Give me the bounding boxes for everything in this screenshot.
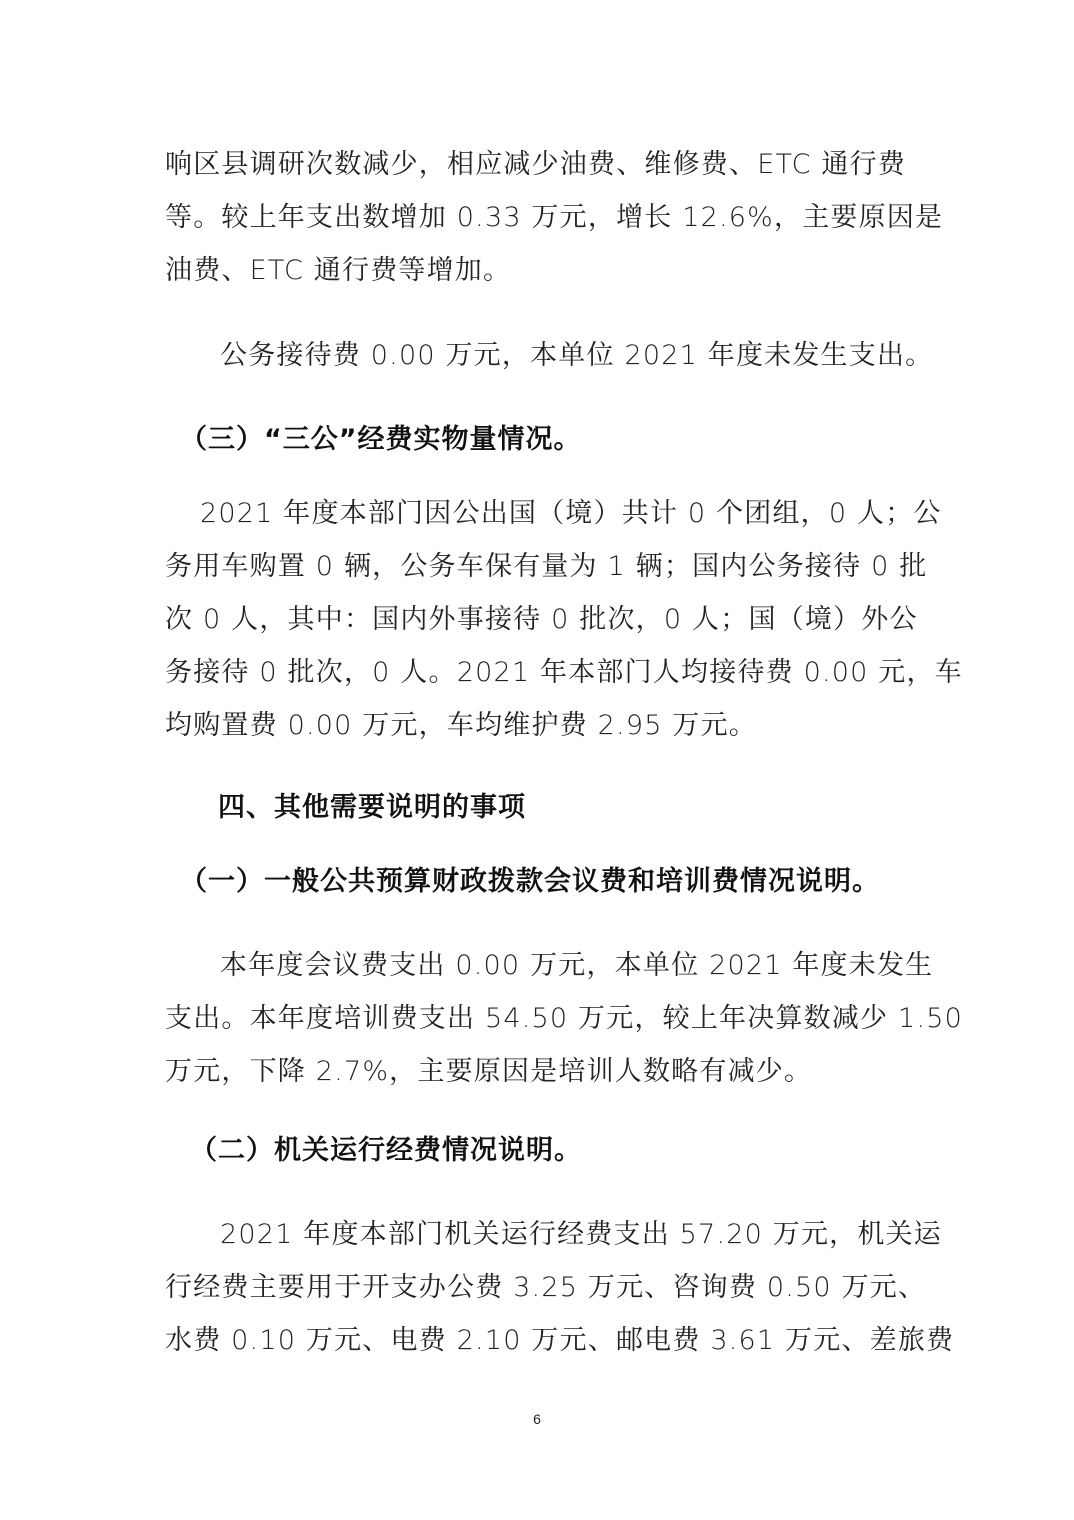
- text-line: 务接待 0 批次，0 人。2021 年本部门人均接待费 0.00 元，车: [165, 655, 925, 691]
- text-line: 2021 年度本部门因公出国（境）共计 0 个团组，0 人；公: [200, 496, 960, 532]
- text-line: 务用车购置 0 辆，公务车保有量为 1 辆；国内公务接待 0 批: [165, 549, 925, 585]
- subsection-heading: （一）一般公共预算财政拨款会议费和培训费情况说明。: [180, 864, 940, 900]
- section-heading: 四、其他需要说明的事项: [218, 790, 978, 826]
- section-heading: （三）“三公”经费实物量情况。: [180, 422, 940, 458]
- text-line: 水费 0.10 万元、电费 2.10 万元、邮电费 3.61 万元、差旅费: [165, 1323, 925, 1359]
- text-line: 万元，下降 2.7%，主要原因是培训人数略有减少。: [165, 1054, 925, 1090]
- text-line: 均购置费 0.00 万元，车均维护费 2.95 万元。: [165, 708, 925, 744]
- text-line: 油费、ETC 通行费等增加。: [165, 253, 925, 289]
- text-line: 本年度会议费支出 0.00 万元，本单位 2021 年度未发生: [220, 948, 980, 984]
- text-line: 响区县调研次数减少，相应减少油费、维修费、ETC 通行费: [165, 147, 925, 183]
- subsection-heading: （二）机关运行经费情况说明。: [190, 1133, 950, 1169]
- text-line: 公务接待费 0.00 万元，本单位 2021 年度未发生支出。: [220, 338, 980, 374]
- text-line: 行经费主要用于开支办公费 3.25 万元、咨询费 0.50 万元、: [165, 1270, 925, 1306]
- text-line: 次 0 人，其中：国内外事接待 0 批次，0 人；国（境）外公: [165, 602, 925, 638]
- page-number: 6: [0, 1411, 1074, 1427]
- text-line: 支出。本年度培训费支出 54.50 万元，较上年决算数减少 1.50: [165, 1001, 925, 1037]
- document-page: 响区县调研次数减少，相应减少油费、维修费、ETC 通行费 等。较上年支出数增加 …: [0, 0, 1074, 1520]
- text-line: 2021 年度本部门机关运行经费支出 57.20 万元，机关运: [220, 1217, 980, 1253]
- text-line: 等。较上年支出数增加 0.33 万元，增长 12.6%，主要原因是: [165, 200, 925, 236]
